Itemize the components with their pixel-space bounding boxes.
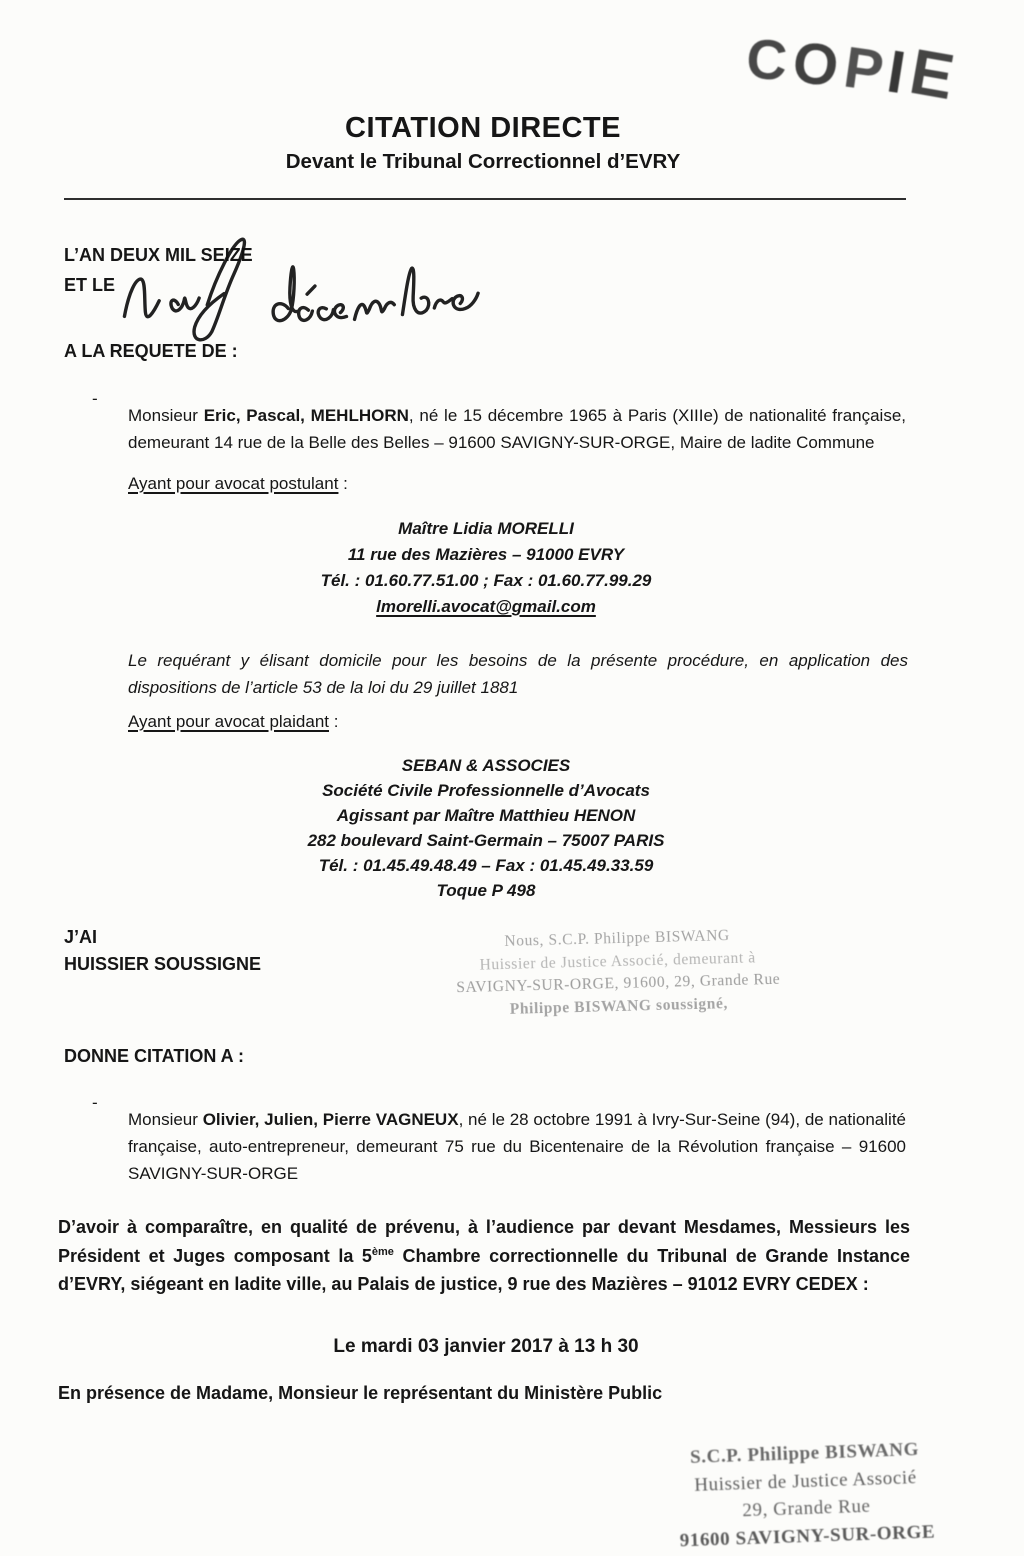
postulant-label-colon: : — [338, 474, 347, 493]
defendant-prefix: Monsieur — [128, 1110, 203, 1129]
citation-heading: DONNE CITATION A : — [64, 1046, 244, 1067]
bailiff-intro: J’AI HUISSIER SOUSSIGNE — [64, 924, 261, 978]
page-title: CITATION DIRECTE — [0, 112, 966, 145]
copy-stamp-letter: C — [744, 26, 794, 94]
postulant-block: Maître Lidia MORELLI 11 rue des Mazières… — [65, 516, 907, 620]
postulant-email: lmorelli.avocat@gmail.com — [65, 594, 907, 620]
plaidant-line: SEBAN & ASSOCIES — [65, 753, 907, 778]
header-rule — [64, 198, 906, 200]
hearing-paragraph: D’avoir à comparaître, en qualité de pré… — [58, 1213, 910, 1299]
postulant-label-text: Ayant pour avocat postulant — [128, 474, 338, 493]
bailiff-stamp-bottom: S.C.P. Philippe BISWANG Huissier de Just… — [598, 1433, 1014, 1556]
defendant-name: Olivier, Julien, Pierre VAGNEUX — [203, 1110, 459, 1129]
hearing-superscript: ème — [372, 1246, 394, 1258]
handwriting-strokes — [123, 235, 479, 341]
plaidant-line: Société Civile Professionnelle d’Avocats — [65, 778, 907, 803]
bailiff-stamp-middle: Nous, S.C.P. Philippe BISWANG Huissier d… — [442, 923, 794, 1022]
bailiff-intro-line: HUISSIER SOUSSIGNE — [64, 951, 261, 978]
domicile-note: Le requérant y élisant domicile pour les… — [128, 647, 908, 701]
copy-stamp-letter: O — [790, 28, 848, 101]
scanned-citation-document: COPIE CITATION DIRECTE Devant le Tribuna… — [0, 0, 1024, 1556]
page-subtitle: Devant le Tribunal Correctionnel d’EVRY — [0, 150, 966, 174]
postulant-line: 11 rue des Mazières – 91000 EVRY — [65, 542, 907, 568]
defendant-item: - Monsieur Olivier, Julien, Pierre VAGNE… — [92, 1089, 906, 1204]
plaidant-line: Toque P 498 — [65, 878, 907, 903]
plaidant-block: SEBAN & ASSOCIES Société Civile Professi… — [65, 753, 907, 903]
postulant-line: Maître Lidia MORELLI — [65, 516, 907, 542]
document-header: CITATION DIRECTE Devant le Tribunal Corr… — [0, 112, 966, 174]
plaidant-label-colon: : — [329, 712, 338, 731]
handwritten-date — [112, 228, 522, 350]
request-heading: A LA REQUETE DE : — [64, 341, 238, 362]
plaintiff-prefix: Monsieur — [128, 406, 204, 425]
plaidant-line: Agissant par Maître Matthieu HENON — [65, 803, 907, 828]
defendant-text: Monsieur Olivier, Julien, Pierre VAGNEUX… — [128, 1106, 906, 1187]
plaidant-label: Ayant pour avocat plaidant : — [128, 712, 338, 732]
bailiff-intro-line: J’AI — [64, 924, 261, 951]
plaintiff-item: - Monsieur Eric, Pascal, MEHLHORN, né le… — [92, 385, 906, 473]
plaidant-line: 282 boulevard Saint-Germain – 75007 PARI… — [65, 828, 907, 853]
postulant-label: Ayant pour avocat postulant : — [128, 474, 348, 494]
plaintiff-text: Monsieur Eric, Pascal, MEHLHORN, né le 1… — [128, 402, 906, 456]
bullet-dash: - — [92, 385, 128, 473]
plaidant-label-text: Ayant pour avocat plaidant — [128, 712, 329, 731]
bullet-dash: - — [92, 1089, 128, 1204]
postulant-line: Tél. : 01.60.77.51.00 ; Fax : 01.60.77.9… — [65, 568, 907, 594]
presence-line: En présence de Madame, Monsieur le repré… — [58, 1383, 662, 1404]
plaidant-line: Tél. : 01.45.49.48.49 – Fax : 01.45.49.3… — [65, 853, 907, 878]
plaintiff-name: Eric, Pascal, MEHLHORN — [204, 406, 409, 425]
hearing-date: Le mardi 03 janvier 2017 à 13 h 30 — [65, 1336, 907, 1358]
